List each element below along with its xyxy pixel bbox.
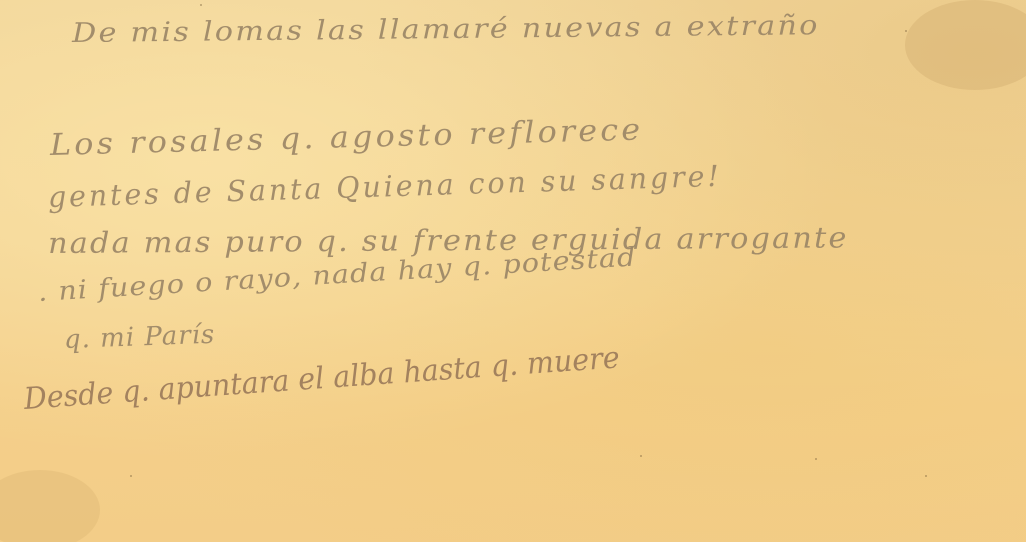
manuscript-line-6: q. mi París xyxy=(63,320,215,355)
paper-speck xyxy=(130,475,132,477)
paper-speck xyxy=(925,475,927,477)
paper-speck xyxy=(815,458,817,460)
manuscript-line-1: De mis lomas las llamaré nuevas a extrañ… xyxy=(72,10,820,49)
manuscript-line-2: Los rosales q. agosto reflorece xyxy=(50,112,644,163)
paper-speck xyxy=(200,4,202,6)
paper-stain xyxy=(0,470,100,542)
manuscript-page: De mis lomas las llamaré nuevas a extrañ… xyxy=(0,0,1026,542)
manuscript-line-3: gentes de Santa Quiena con su sangre! xyxy=(47,159,722,214)
paper-speck xyxy=(905,30,907,32)
paper-stain xyxy=(905,0,1026,90)
paper-speck xyxy=(640,455,642,457)
